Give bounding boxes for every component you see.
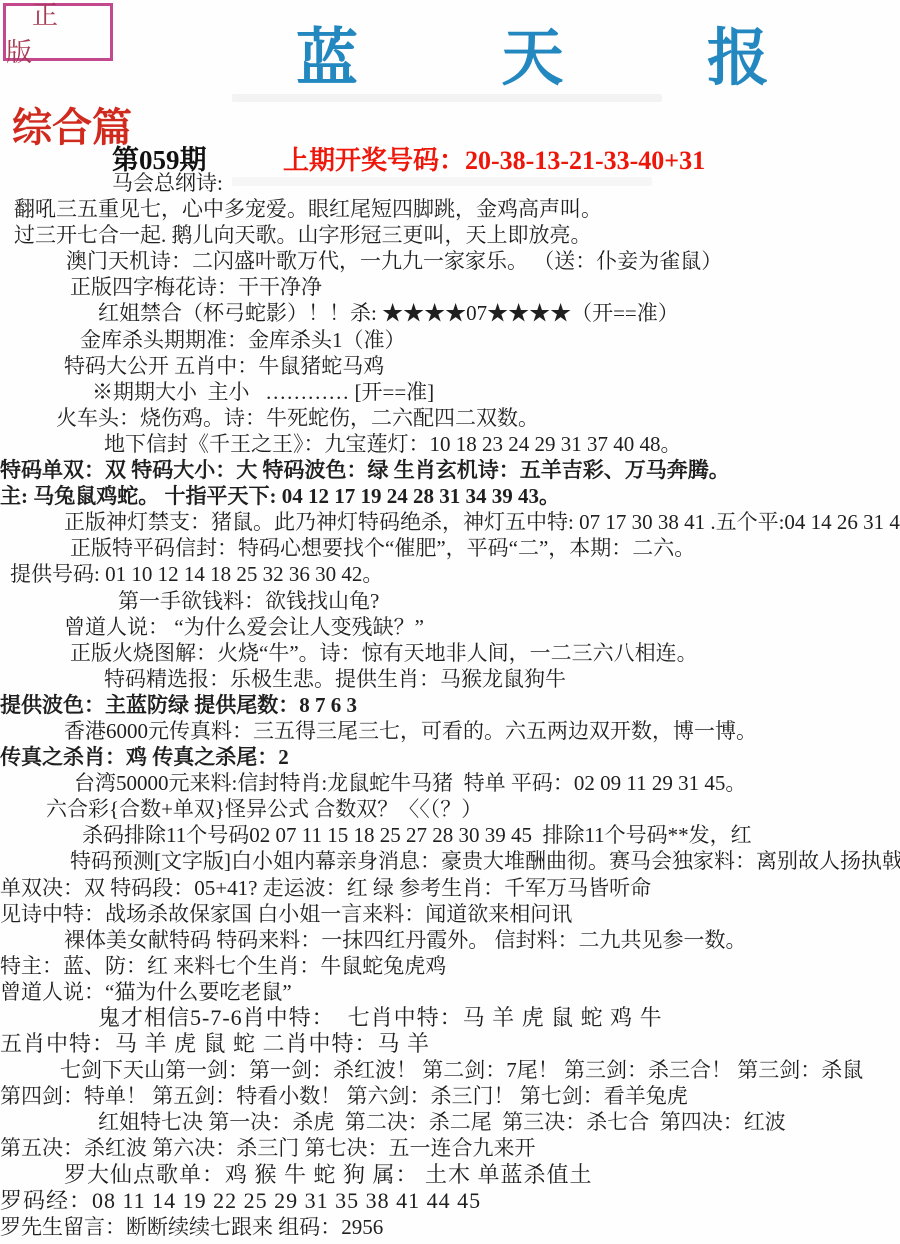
text-line: 过三开七合一起. 鹅儿向天歌。山字形冠三更叫，天上即放亮。 bbox=[14, 222, 900, 248]
text-line: 罗先生留言：断断续续七跟来 组码：2956 bbox=[0, 1214, 900, 1240]
text-line: 马会总纲诗: bbox=[112, 170, 900, 196]
text-line: 裸体美女献特码 特码来料：一抹四红丹霞外。 信封料：二九共见参一数。 bbox=[64, 927, 900, 953]
text-line: 杀码排除11个号码02 07 11 15 18 25 27 28 30 39 4… bbox=[82, 822, 900, 848]
text-line: 澳门天机诗：二闪盛叶歌万代，一九九一家家乐。 （送：仆妾为雀鼠） bbox=[66, 248, 900, 274]
text-line: 正版火烧图解：火烧“牛”。诗：惊有天地非人间，一二三六八相连。 bbox=[70, 640, 900, 666]
newspaper-title: 蓝 天 报 bbox=[296, 8, 833, 97]
text-line: 香港6000元传真料：三五得三尾三七，可看的。六五两边双开数，博一博。 bbox=[64, 718, 900, 744]
text-line: 正版特平码信封：特码心想要找个“催肥”，平码“二”，本期：二六。 bbox=[70, 535, 900, 561]
text-line: 见诗中特：战场杀故保家国 白小姐一言来料：闻道欲来相问讯 bbox=[0, 901, 900, 927]
text-line: 特码大公开 五肖中：牛鼠猪蛇马鸡 bbox=[64, 353, 900, 379]
text-line: 七剑下天山第一剑：第一剑：杀红波！ 第二剑：7尾！ 第三剑：杀三合！ 第三剑：杀… bbox=[60, 1057, 900, 1083]
scan-smudge bbox=[232, 94, 662, 102]
text-line: 第四剑：特单！ 第五剑：特看小数！ 第六剑：杀三门！ 第七剑：看羊兔虎 bbox=[0, 1083, 900, 1109]
tips-text-block: 马会总纲诗: 翻吼三五重见七，心中多宠爱。眼红尾短四脚跳，金鸡高声叫。 过三开七… bbox=[0, 170, 900, 1240]
text-line: 曾道人说： “为什么爱会让人变残缺？” bbox=[64, 614, 900, 640]
text-line: 火车头：烧伤鸡。诗：牛死蛇伤，二六配四二双数。 bbox=[56, 405, 900, 431]
text-line: 五肖中特：马 羊 虎 鼠 蛇 二肖中特：马 羊 bbox=[0, 1031, 900, 1057]
text-line: 鬼才相信5-7-6肖中特： 七肖中特：马 羊 虎 鼠 蛇 鸡 牛 bbox=[98, 1005, 900, 1031]
text-line: 特码预测[文字版]白小姐内幕亲身消息：豪贵大堆酬曲彻。赛马会独家料：离别故人扬执… bbox=[70, 848, 900, 874]
text-line: 特码精选报：乐极生悲。提供生肖：马猴龙鼠狗牛 bbox=[104, 666, 900, 692]
text-line: 红姐特七决 第一决：杀虎 第二决：杀二尾 第三决：杀七合 第四决：红波 bbox=[98, 1109, 900, 1135]
text-line: ※期期大小 主小 ………… [开==准] bbox=[92, 379, 900, 405]
text-line: 翻吼三五重见七，心中多宠爱。眼红尾短四脚跳，金鸡高声叫。 bbox=[14, 196, 900, 222]
text-line: 正版四字梅花诗：干干净净 bbox=[70, 274, 900, 300]
text-line: 红姐禁合（杯弓蛇影）！！杀: ★★★★07★★★★（开==准） bbox=[98, 300, 900, 326]
text-line: 台湾50000元来料:信封特肖:龙鼠蛇牛马猪 特单 平码：02 09 11 29… bbox=[74, 770, 900, 796]
text-line: 地下信封《千王之王》：九宝莲灯：10 18 23 24 29 31 37 40 … bbox=[104, 431, 900, 457]
text-line: 金库杀头期期准：金库杀头1（准） bbox=[80, 327, 900, 353]
text-line: 主: 马兔鼠鸡蛇。 十指平天下: 04 12 17 19 24 28 31 34… bbox=[0, 483, 900, 509]
text-line: 第一手欲钱料：欲钱找山龟? bbox=[118, 588, 900, 614]
text-line: 第五决：杀红波 第六决：杀三门 第七决：五一连合九来开 bbox=[0, 1135, 900, 1161]
edition-badge: 正 版 bbox=[3, 3, 113, 61]
text-line: 特主：蓝、防：红 来料七个生肖：牛鼠蛇兔虎鸡 bbox=[0, 953, 900, 979]
text-line: 单双决：双 特码段：05+41? 走运波：红 绿 参考生肖：千军万马皆听命 bbox=[0, 875, 900, 901]
text-line: 特码单双：双 特码大小：大 特码波色：绿 生肖玄机诗：五羊吉彩、万马奔腾。 bbox=[0, 457, 900, 483]
text-line: 曾道人说：“猫为什么要吃老鼠” bbox=[0, 979, 900, 1005]
text-line: 提供波色：主蓝防绿 提供尾数：8 7 6 3 bbox=[0, 692, 900, 718]
text-line: 罗大仙点歌单：鸡 猴 牛 蛇 狗 属： 土木 单蓝杀值土 bbox=[64, 1162, 900, 1188]
text-line: 传真之杀肖：鸡 传真之杀尾：2 bbox=[0, 744, 900, 770]
text-line: 六合彩{合数+单双}怪异公式 合数双？〈〈（？） bbox=[46, 796, 900, 822]
text-line: 正版神灯禁支：猪鼠。此乃神灯特码绝杀，神灯五中特: 07 17 30 38 41… bbox=[64, 509, 900, 535]
text-line: 罗码经：08 11 14 19 22 25 29 31 35 38 41 44 … bbox=[0, 1188, 900, 1214]
text-line: 提供号码: 01 10 12 14 18 25 32 36 30 42。 bbox=[10, 561, 900, 587]
